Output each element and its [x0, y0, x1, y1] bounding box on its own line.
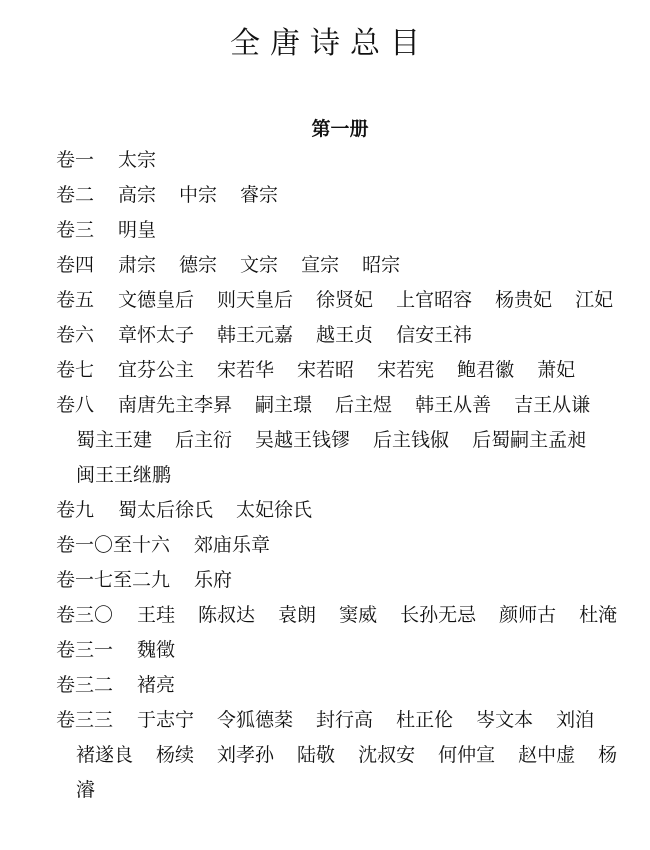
author-name: 颜师古: [499, 598, 556, 633]
author-name: 德宗: [179, 248, 217, 283]
author-name: 宋若昭: [297, 353, 354, 388]
table-of-contents: 卷一太宗卷二高宗中宗睿宗卷三明皇卷四肃宗德宗文宗宣宗昭宗卷五文德皇后则天皇后徐贤…: [56, 143, 646, 808]
author-name: 窦威: [339, 598, 377, 633]
author-name: 上官昭容: [396, 283, 472, 318]
author-name: 封行高: [316, 703, 373, 738]
author-name: 后主煜: [335, 388, 392, 423]
author-name: 后主钱俶: [373, 423, 449, 458]
author-name: 闽王王继鹏: [76, 458, 171, 493]
author-name: 杨续: [156, 738, 194, 773]
author-name: 刘洎: [556, 703, 594, 738]
author-name: 何仲宣: [438, 738, 495, 773]
author-name: 昭宗: [362, 248, 400, 283]
volume-entry-continuation: 濬: [56, 773, 646, 808]
author-name: 明皇: [118, 213, 156, 248]
author-name: 宋若华: [217, 353, 274, 388]
author-name: 王珪: [137, 598, 175, 633]
volume-label: 卷五: [56, 283, 94, 318]
author-name: 令狐德棻: [217, 703, 293, 738]
volume-entry: 卷五文德皇后则天皇后徐贤妃上官昭容杨贵妃江妃: [56, 283, 646, 318]
volume-label: 卷一: [56, 143, 94, 178]
volume-label: 卷三一: [56, 633, 113, 668]
author-name: 魏徵: [137, 633, 175, 668]
author-name: 郊庙乐章: [194, 528, 270, 563]
volume-label: 卷七: [56, 353, 94, 388]
volume-label: 卷六: [56, 318, 94, 353]
author-name: 濬: [76, 773, 95, 808]
author-name: 杜淹: [579, 598, 617, 633]
author-name: 萧妃: [537, 353, 575, 388]
volume-label: 卷三〇: [56, 598, 113, 633]
author-name: 褚遂良: [76, 738, 133, 773]
author-name: 文宗: [240, 248, 278, 283]
author-name: 赵中虚: [518, 738, 575, 773]
author-name: 蜀太后徐氏: [118, 493, 213, 528]
author-name: 长孙无忌: [400, 598, 476, 633]
volume-entry: 卷一七至二九乐府: [56, 563, 646, 598]
author-name: 睿宗: [240, 178, 278, 213]
volume-entry: 卷四肃宗德宗文宗宣宗昭宗: [56, 248, 646, 283]
author-name: 韩王从善: [415, 388, 491, 423]
volume-entry: 卷二高宗中宗睿宗: [56, 178, 646, 213]
author-name: 南唐先主李昪: [118, 388, 232, 423]
volume-entry-continuation: 蜀主王建后主衍吴越王钱镠后主钱俶后蜀嗣主孟昶: [56, 423, 646, 458]
author-name: 吉王从谦: [514, 388, 590, 423]
volume-entry: 卷三〇王珪陈叔达袁朗窦威长孙无忌颜师古杜淹: [56, 598, 646, 633]
volume-entry: 卷七宜芬公主宋若华宋若昭宋若宪鲍君徽萧妃: [56, 353, 646, 388]
author-name: 陈叔达: [198, 598, 255, 633]
volume-entry: 卷八南唐先主李昪嗣主璟后主煜韩王从善吉王从谦: [56, 388, 646, 423]
volume-label: 卷四: [56, 248, 94, 283]
author-name: 刘孝孙: [217, 738, 274, 773]
author-name: 高宗: [118, 178, 156, 213]
author-name: 杨贵妃: [495, 283, 552, 318]
author-name: 肃宗: [118, 248, 156, 283]
volume-entry: 卷一〇至十六郊庙乐章: [56, 528, 646, 563]
volume-entry-continuation: 褚遂良杨续刘孝孙陆敬沈叔安何仲宣赵中虚杨: [56, 738, 646, 773]
volume-label: 卷九: [56, 493, 94, 528]
volume-entry: 卷三一魏徵: [56, 633, 646, 668]
volume-entry: 卷九蜀太后徐氏太妃徐氏: [56, 493, 646, 528]
author-name: 宜芬公主: [118, 353, 194, 388]
author-name: 后主衍: [175, 423, 232, 458]
volume-label: 卷三: [56, 213, 94, 248]
author-name: 鲍君徽: [457, 353, 514, 388]
volume-label: 卷三二: [56, 668, 113, 703]
author-name: 杨: [598, 738, 617, 773]
author-name: 杜正伦: [396, 703, 453, 738]
volume-entry: 卷六章怀太子韩王元嘉越王贞信安王祎: [56, 318, 646, 353]
volume-label: 卷八: [56, 388, 94, 423]
author-name: 褚亮: [137, 668, 175, 703]
author-name: 越王贞: [316, 318, 373, 353]
author-name: 徐贤妃: [316, 283, 373, 318]
author-name: 乐府: [194, 563, 232, 598]
author-name: 太妃徐氏: [236, 493, 312, 528]
author-name: 信安王祎: [396, 318, 472, 353]
author-name: 则天皇后: [217, 283, 293, 318]
author-name: 蜀主王建: [76, 423, 152, 458]
author-name: 袁朗: [278, 598, 316, 633]
author-name: 吴越王钱镠: [255, 423, 350, 458]
author-name: 宋若宪: [377, 353, 434, 388]
author-name: 宣宗: [301, 248, 339, 283]
author-name: 文德皇后: [118, 283, 194, 318]
volume-label: 卷三三: [56, 703, 113, 738]
author-name: 中宗: [179, 178, 217, 213]
volume-entry: 卷三三于志宁令狐德棻封行高杜正伦岑文本刘洎: [56, 703, 646, 738]
page-title: 全唐诗总目: [0, 18, 650, 62]
author-name: 后蜀嗣主孟昶: [472, 423, 586, 458]
author-name: 于志宁: [137, 703, 194, 738]
volume-entry: 卷三明皇: [56, 213, 646, 248]
author-name: 太宗: [118, 143, 156, 178]
author-name: 陆敬: [297, 738, 335, 773]
volume-entry-continuation: 闽王王继鹏: [56, 458, 646, 493]
author-name: 沈叔安: [358, 738, 415, 773]
author-name: 嗣主璟: [255, 388, 312, 423]
author-name: 岑文本: [476, 703, 533, 738]
author-name: 江妃: [575, 283, 613, 318]
section-heading: 第一册: [0, 114, 650, 141]
volume-label: 卷二: [56, 178, 94, 213]
volume-label: 卷一〇至十六: [56, 528, 170, 563]
author-name: 韩王元嘉: [217, 318, 293, 353]
volume-entry: 卷一太宗: [56, 143, 646, 178]
volume-entry: 卷三二褚亮: [56, 668, 646, 703]
volume-label: 卷一七至二九: [56, 563, 170, 598]
author-name: 章怀太子: [118, 318, 194, 353]
